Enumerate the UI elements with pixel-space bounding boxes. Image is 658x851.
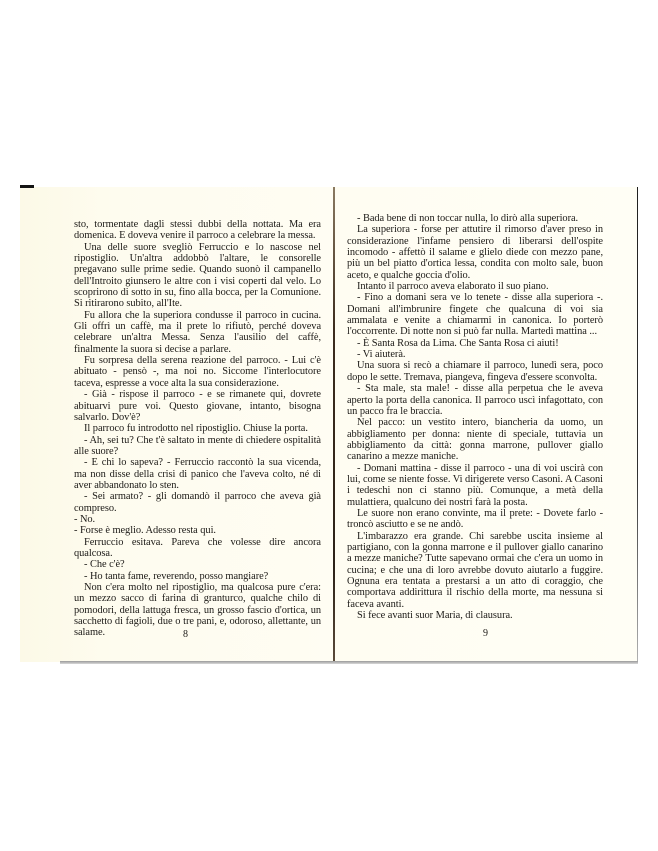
paragraph: - Forse è meglio. Adesso resta qui.	[74, 525, 321, 536]
paragraph: Una suora si recò a chiamare il parroco,…	[347, 360, 603, 383]
left-page-text: sto, tormentate dagli stessi dubbi della…	[74, 219, 321, 639]
paragraph: - Bada bene di non toccar nulla, lo dirò…	[347, 213, 603, 224]
paragraph: L'imbarazzo era grande. Chi sarebbe usci…	[347, 531, 603, 610]
paragraph: - No.	[74, 514, 321, 525]
paragraph: Una delle suore svegliò Ferruccio e lo n…	[74, 242, 321, 310]
paragraph: Le suore non erano convinte, ma il prete…	[347, 508, 603, 531]
page-edge	[637, 187, 638, 661]
page-bottom-shadow	[60, 661, 638, 664]
paragraph: - Ho tanta fame, reverendo, posso mangia…	[74, 571, 321, 582]
paragraph: - Già - rispose il parroco - e se rimane…	[74, 389, 321, 423]
paragraph: La superiora - forse per attutire il rim…	[347, 224, 603, 281]
book-spine	[333, 187, 335, 662]
paragraph: Fu allora che la superiora condusse il p…	[74, 310, 321, 355]
paragraph: - È Santa Rosa da Lima. Che Santa Rosa c…	[347, 338, 603, 349]
right-page-text: - Bada bene di non toccar nulla, lo dirò…	[347, 213, 603, 621]
paragraph: - Vi aiuterà.	[347, 349, 603, 360]
paragraph: Intanto il parroco aveva elaborato il su…	[347, 281, 603, 292]
paragraph: Ferruccio esitava. Pareva che volesse di…	[74, 537, 321, 560]
paragraph: Non c'era molto nel ripostiglio, ma qual…	[74, 582, 321, 639]
page-number-left: 8	[183, 629, 188, 640]
page-number-right: 9	[483, 628, 488, 639]
paragraph: - Che c'è?	[74, 559, 321, 570]
paragraph: Fu sorpresa della serena reazione del pa…	[74, 355, 321, 389]
paragraph: - Sei armato? - gli domandò il parroco c…	[74, 491, 321, 514]
paragraph: - E chi lo sapeva? - Ferruccio raccontò …	[74, 457, 321, 491]
paragraph: - Fino a domani sera ve lo tenete - diss…	[347, 292, 603, 337]
paragraph: Nel pacco: un vestito intero, biancheria…	[347, 417, 603, 462]
paragraph: - Sta male, sta male! - disse alla perpe…	[347, 383, 603, 417]
paragraph: - Domani mattina - disse il parroco - un…	[347, 463, 603, 508]
paragraph: Il parroco fu introdotto nel ripostiglio…	[74, 423, 321, 434]
paragraph: Si fece avanti suor Maria, di clausura.	[347, 610, 603, 621]
paragraph: - Ah, sei tu? Che t'è saltato in mente d…	[74, 435, 321, 458]
scan-corner-mark	[20, 185, 34, 188]
paragraph: sto, tormentate dagli stessi dubbi della…	[74, 219, 321, 242]
